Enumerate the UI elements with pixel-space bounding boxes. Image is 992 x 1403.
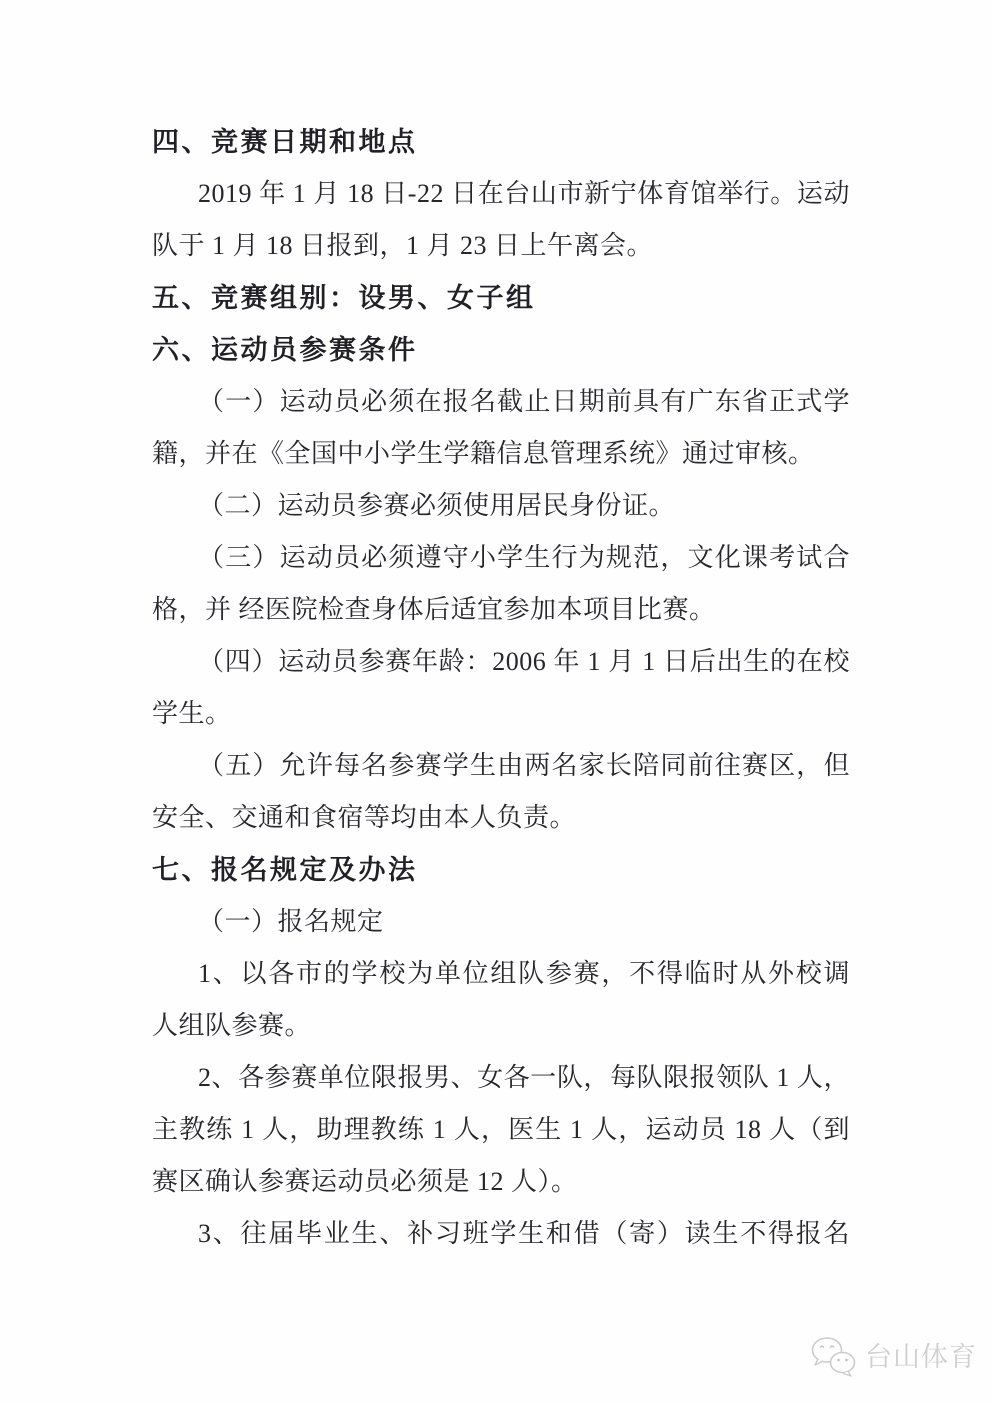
document-line: 格，并 经医院检查身体后适宜参加本项目比赛。 [152, 584, 850, 636]
section-heading: 四、竞赛日期和地点 [152, 116, 850, 168]
document-line: 队于 1 月 18 日报到，1 月 23 日上午离会。 [152, 220, 850, 272]
document-line: 2019 年 1 月 18 日-22 日在台山市新宁体育馆举行。运动 [152, 168, 850, 220]
watermark-account-name: 台山体育 [865, 1334, 977, 1380]
watermark: 台山体育 [810, 1334, 977, 1380]
document-body: 四、竞赛日期和地点2019 年 1 月 18 日-22 日在台山市新宁体育馆举行… [152, 116, 850, 1260]
section-heading: 五、竞赛组别：设男、女子组 [152, 272, 850, 324]
document-line: 人组队参赛。 [152, 1000, 850, 1052]
document-line: 3、往届毕业生、补习班学生和借（寄）读生不得报名 [152, 1208, 850, 1260]
document-line: （四）运动员参赛年龄：2006 年 1 月 1 日后出生的在校 [152, 636, 850, 688]
wechat-icon [810, 1336, 858, 1378]
document-line: （五）允许每名参赛学生由两名家长陪同前往赛区，但 [152, 740, 850, 792]
document-line: （一）运动员必须在报名截止日期前具有广东省正式学 [152, 376, 850, 428]
section-heading: 六、运动员参赛条件 [152, 324, 850, 376]
document-line: （一）报名规定 [152, 896, 850, 948]
scanned-document-page: 四、竞赛日期和地点2019 年 1 月 18 日-22 日在台山市新宁体育馆举行… [0, 0, 992, 1403]
document-line: 主教练 1 人，助理教练 1 人，医生 1 人，运动员 18 人（到 [152, 1104, 850, 1156]
document-line: 1、以各市的学校为单位组队参赛，不得临时从外校调 [152, 948, 850, 1000]
document-line: 赛区确认参赛运动员必须是 12 人）。 [152, 1156, 850, 1208]
document-line: 安全、交通和食宿等均由本人负责。 [152, 792, 850, 844]
document-line: （二）运动员参赛必须使用居民身份证。 [152, 480, 850, 532]
document-line: 学生。 [152, 688, 850, 740]
section-heading: 七、报名规定及办法 [152, 844, 850, 896]
document-line: （三）运动员必须遵守小学生行为规范，文化课考试合 [152, 532, 850, 584]
document-line: 籍，并在《全国中小学生学籍信息管理系统》通过审核。 [152, 428, 850, 480]
document-line: 2、各参赛单位限报男、女各一队，每队限报领队 1 人， [152, 1052, 850, 1104]
